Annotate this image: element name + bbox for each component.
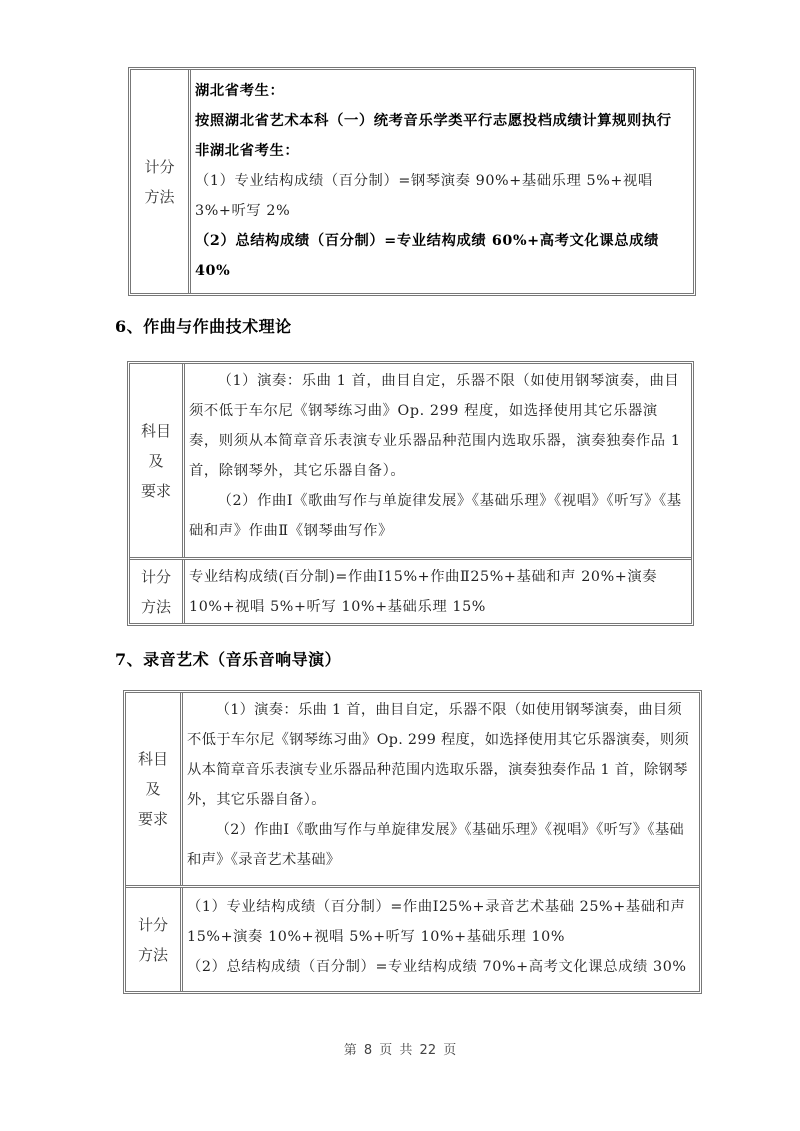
row-label-subjects: 科目 及 要求 [130,364,185,557]
row-label-subjects: 科目 及 要求 [126,693,183,885]
label-line: 及 [148,446,163,476]
table-row-scoring-method: 计分 方法 （1）专业结构成绩（百分制）=作曲Ⅰ25%+录音艺术基础 25%+基… [126,885,699,991]
row-content-subjects: （1）演奏：乐曲 1 首，曲目自定，乐器不限（如使用钢琴演奏，曲目须不低于车尔尼… [185,364,691,557]
label-line: 要求 [141,476,171,506]
row-content-scoring-method: 湖北省考生： 按照湖北省艺术本科（一）统考音乐学类平行志愿投档成绩计算规则执行 … [191,70,693,293]
professional-score-formula: 专业结构成绩(百分制)=作曲Ⅰ15%+作曲Ⅱ25%+基础和声 20%+演奏 10… [189,562,687,622]
label-line: 科目 [138,744,168,774]
professional-score-formula: （1）专业结构成绩（百分制）=钢琴演奏 90%+基础乐理 5%+视唱 3%+听写… [195,166,689,226]
row-content-scoring-method: 专业结构成绩(百分制)=作曲Ⅰ15%+作曲Ⅱ25%+基础和声 20%+演奏 10… [185,560,691,623]
label-line: 方法 [141,592,171,622]
performance-requirement: （1）演奏：乐曲 1 首，曲目自定，乐器不限（如使用钢琴演奏，曲目须不低于车尔尼… [187,695,695,815]
performance-requirement: （1）演奏：乐曲 1 首，曲目自定，乐器不限（如使用钢琴演奏，曲目须不低于车尔尼… [189,366,687,486]
table-row-scoring-method: 计分 方法 湖北省考生： 按照湖北省艺术本科（一）统考音乐学类平行志愿投档成绩计… [131,70,693,293]
section-heading-composition: 6、作曲与作曲技术理论 [115,314,292,337]
section-heading-recording-arts: 7、录音艺术（音乐音响导演） [115,647,341,670]
professional-score-formula: （1）专业结构成绩（百分制）=作曲Ⅰ25%+录音艺术基础 25%+基础和声 15… [187,892,695,952]
label-line: 及 [145,774,160,804]
scoring-table-music-performance: 计分 方法 湖北省考生： 按照湖北省艺术本科（一）统考音乐学类平行志愿投档成绩计… [128,67,696,296]
row-content-subjects: （1）演奏：乐曲 1 首，曲目自定，乐器不限（如使用钢琴演奏，曲目须不低于车尔尼… [183,693,699,885]
label-line: 方法 [144,182,174,212]
row-label-scoring-method: 计分 方法 [130,560,185,623]
label-line: 计分 [141,562,171,592]
table-row-subjects: 科目 及 要求 （1）演奏：乐曲 1 首，曲目自定，乐器不限（如使用钢琴演奏，曲… [130,364,691,557]
row-label-scoring-method: 计分 方法 [126,888,183,991]
table-row-subjects: 科目 及 要求 （1）演奏：乐曲 1 首，曲目自定，乐器不限（如使用钢琴演奏，曲… [126,693,699,885]
non-hubei-candidates-label: 非湖北省考生： [195,136,689,166]
total-score-formula: （2）总结构成绩（百分制）=专业结构成绩 60%+高考文化课总成绩 40% [195,226,689,286]
label-line: 方法 [138,940,168,970]
recording-arts-table: 科目 及 要求 （1）演奏：乐曲 1 首，曲目自定，乐器不限（如使用钢琴演奏，曲… [123,690,702,994]
composition-subjects: （2）作曲Ⅰ《歌曲写作与单旋律发展》《基础乐理》《视唱》《听写》《基础和声》作曲… [189,486,687,546]
label-line: 计分 [138,910,168,940]
label-line: 科目 [141,416,171,446]
composition-subjects: （2）作曲Ⅰ《歌曲写作与单旋律发展》《基础乐理》《视唱》《听写》《基础和声》《录… [187,815,695,875]
table-row-scoring-method: 计分 方法 专业结构成绩(百分制)=作曲Ⅰ15%+作曲Ⅱ25%+基础和声 20%… [130,557,691,623]
label-line: 计分 [144,152,174,182]
hubei-candidates-rule: 按照湖北省艺术本科（一）统考音乐学类平行志愿投档成绩计算规则执行 [195,106,689,136]
row-content-scoring-method: （1）专业结构成绩（百分制）=作曲Ⅰ25%+录音艺术基础 25%+基础和声 15… [183,888,699,991]
page-number-footer: 第 8 页 共 22 页 [0,1039,800,1058]
hubei-candidates-label: 湖北省考生： [195,76,689,106]
label-line: 要求 [138,804,168,834]
composition-table: 科目 及 要求 （1）演奏：乐曲 1 首，曲目自定，乐器不限（如使用钢琴演奏，曲… [127,361,694,626]
row-label-scoring-method: 计分 方法 [131,70,191,293]
total-score-formula: （2）总结构成绩（百分制）=专业结构成绩 70%+高考文化课总成绩 30% [187,952,695,982]
